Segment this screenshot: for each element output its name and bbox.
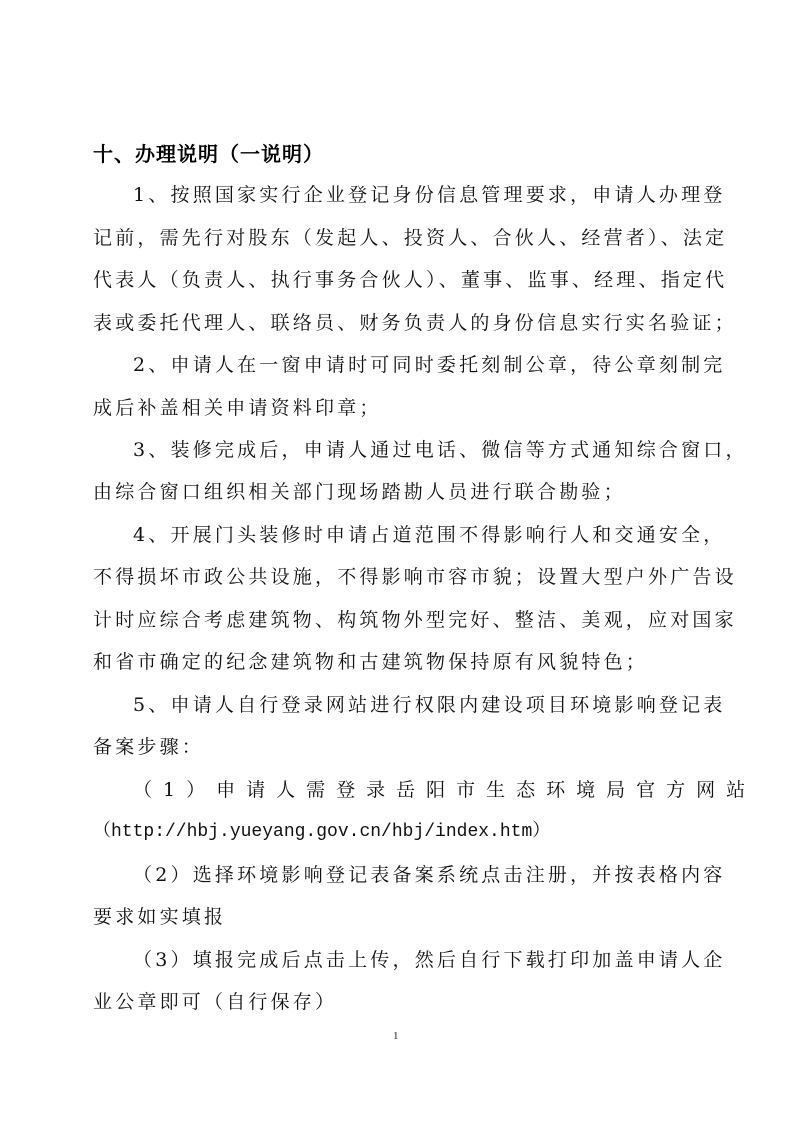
item-3-line-1: 3、装修完成后，申请人通过电话、微信等方式通知综合窗口， <box>133 438 699 462</box>
step-2-line-2: 要求如实填报 <box>93 905 699 929</box>
item-5-line-1: 5、申请人自行登录网站进行权限内建设项目环境影响登记表 <box>133 693 699 717</box>
step-1-url: （http://hbj.yueyang.gov.cn/hbj/index.htm… <box>93 820 699 844</box>
item-1-line-2: 记前，需先行对股东（发起人、投资人、合伙人、经营者）、法定 <box>93 226 699 250</box>
section-heading: 十、办理说明（一说明） <box>93 138 324 167</box>
item-2-line-2: 成后补盖相关申请资料印章； <box>93 396 699 420</box>
step-3-line-1: （3）填报完成后点击上传，然后自行下载打印加盖申请人企 <box>133 948 699 972</box>
step-1-line-1: （1）申请人需登录岳阳市生态环境局官方网站 <box>133 778 699 802</box>
item-3-line-2: 由综合窗口组织相关部门现场踏勘人员进行联合勘验； <box>93 480 699 504</box>
item-4-line-3: 计时应综合考虑建筑物、构筑物外型完好、整洁、美观，应对国家 <box>93 608 699 632</box>
item-5-line-2: 备案步骤： <box>93 735 699 759</box>
item-1-line-4: 表或委托代理人、联络员、财务负责人的身份信息实行实名验证； <box>93 311 699 335</box>
item-1-line-1: 1、按照国家实行企业登记身份信息管理要求，申请人办理登 <box>133 183 699 207</box>
item-1-line-3: 代表人（负责人、执行事务合伙人）、董事、监事、经理、指定代 <box>93 268 699 292</box>
item-4-line-1: 4、开展门头装修时申请占道范围不得影响行人和交通安全， <box>133 523 699 547</box>
step-3-line-2: 业公章即可（自行保存） <box>93 990 699 1014</box>
item-2-line-1: 2、申请人在一窗申请时可同时委托刻制公章，待公章刻制完 <box>133 353 699 377</box>
page-number: 1 <box>393 1030 399 1042</box>
item-4-line-4: 和省市确定的纪念建筑物和古建筑物保持原有风貌特色； <box>93 650 699 674</box>
item-4-line-2: 不得损坏市政公共设施，不得影响市容市貌；设置大型户外广告设 <box>93 565 699 589</box>
step-2-line-1: （2）选择环境影响登记表备案系统点击注册，并按表格内容 <box>133 863 699 887</box>
document-page: 十、办理说明（一说明） 1、按照国家实行企业登记身份信息管理要求，申请人办理登 … <box>0 0 793 1122</box>
